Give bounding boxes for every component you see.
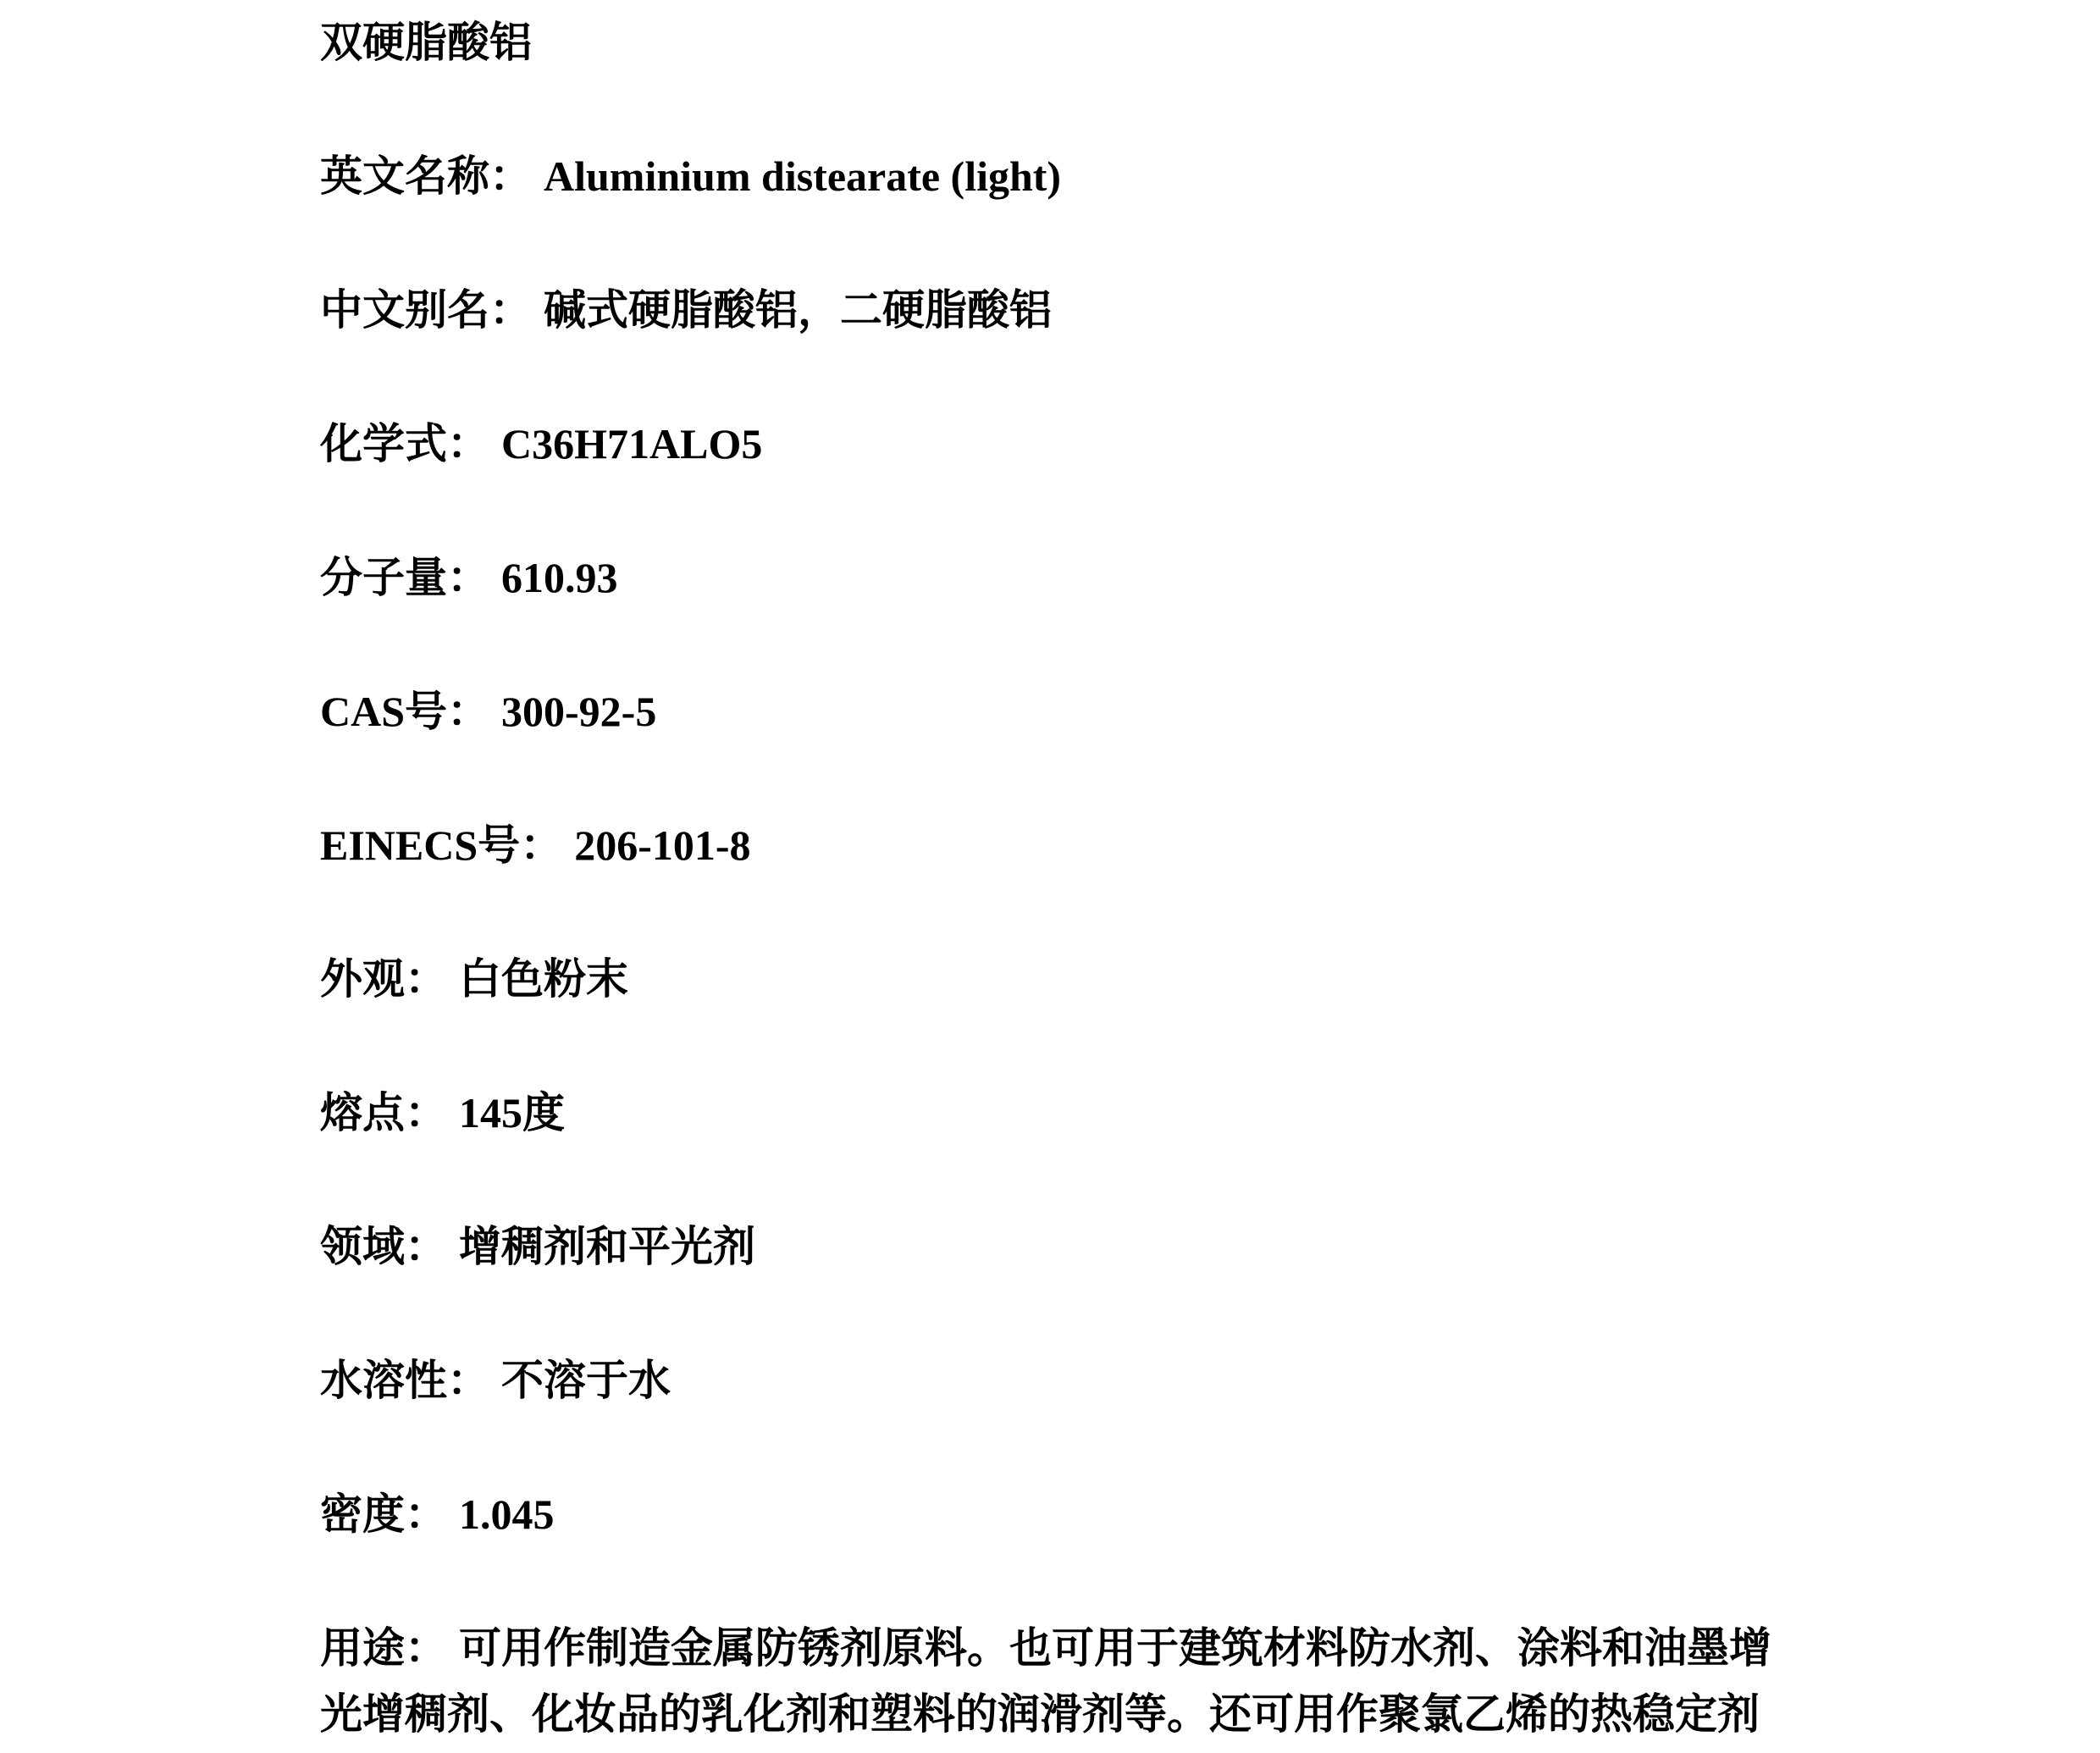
property-colon: ： [447, 420, 489, 467]
property-value: C36H71ALO5 [501, 420, 762, 467]
property-colon: ： [447, 1357, 489, 1404]
property-line: 领域：增稠剂和平光剂 [320, 1214, 1785, 1280]
property-value: 1.045 [459, 1490, 555, 1538]
property-value: 610.93 [501, 554, 618, 601]
property-colon: ： [405, 1089, 447, 1136]
property-colon: ： [489, 286, 532, 334]
property-label: 化学式 [320, 420, 447, 467]
property-value: 碱式硬脂酸铝，二硬脂酸铝 [544, 286, 1052, 334]
document-page: 双硬脂酸铝 英文名称：Aluminium distearate (light) … [0, 0, 1785, 1747]
property-line: CAS号：300-92-5 [320, 678, 1785, 744]
property-line: 化学式：C36H71ALO5 [320, 411, 1785, 477]
property-label: 分子量 [320, 554, 447, 601]
property-colon: ： [447, 554, 489, 601]
property-label: EINECS号 [320, 821, 520, 869]
property-line: 密度：1.045 [320, 1481, 1785, 1547]
property-colon: ： [520, 821, 562, 869]
property-colon: ： [447, 688, 489, 735]
property-value: 145度 [459, 1089, 565, 1136]
property-value: 增稠剂和平光剂 [459, 1223, 755, 1270]
property-label: CAS号 [320, 688, 447, 735]
property-line: 中文别名：碱式硬脂酸铝，二硬脂酸铝 [320, 277, 1785, 343]
property-label: 领域 [320, 1223, 405, 1270]
property-line: 水溶性：不溶于水 [320, 1347, 1785, 1413]
property-value: 300-92-5 [501, 688, 656, 735]
property-value: 可用作制造金属防锈剂原料。也可用于建筑材料防水剂、涂料和油墨增光增稠剂、化妆品的… [320, 1624, 1771, 1738]
property-label: 水溶性 [320, 1357, 447, 1404]
property-colon: ： [405, 1624, 447, 1672]
property-label: 密度 [320, 1490, 405, 1538]
page-title: 双硬脂酸铝 [320, 9, 1785, 75]
property-line: EINECS号：206-101-8 [320, 812, 1785, 878]
property-line: 外观：白色粉末 [320, 946, 1785, 1012]
property-line: 用途：可用作制造金属防锈剂原料。也可用于建筑材料防水剂、涂料和油墨增光增稠剂、化… [320, 1615, 1785, 1747]
property-colon: ： [489, 152, 532, 200]
property-line: 分子量：610.93 [320, 545, 1785, 611]
property-label: 中文别名 [320, 286, 489, 334]
property-label: 用途 [320, 1624, 405, 1672]
property-value: 206-101-8 [574, 821, 750, 869]
property-value: 不溶于水 [501, 1357, 671, 1404]
property-label: 熔点 [320, 1089, 405, 1136]
property-label: 外观 [320, 955, 405, 1003]
property-label: 英文名称 [320, 152, 489, 200]
property-line: 熔点：145度 [320, 1080, 1785, 1146]
property-colon: ： [405, 1490, 447, 1538]
property-colon: ： [405, 1223, 447, 1270]
property-line: 英文名称：Aluminium distearate (light) [320, 143, 1785, 209]
property-value: Aluminium distearate (light) [544, 152, 1061, 200]
property-list: 英文名称：Aluminium distearate (light) 中文别名：碱… [320, 143, 1785, 1747]
property-colon: ： [405, 955, 447, 1003]
property-value: 白色粉末 [459, 955, 628, 1003]
